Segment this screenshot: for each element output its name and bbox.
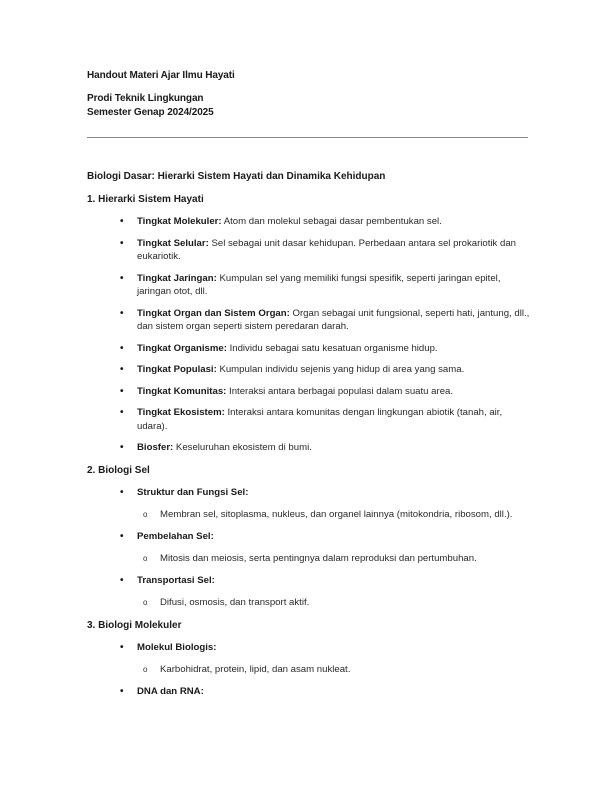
list-item: •Tingkat Organ dan Sistem Organ: Organ s… — [87, 307, 532, 334]
item-label: Molekul Biologis: — [137, 642, 216, 653]
item-text: Individu sebagai satu kesatuan organisme… — [227, 343, 438, 354]
handout-title: Handout Materi Ajar Ilmu Hayati — [87, 69, 532, 83]
sub-bullet-list: oMembran sel, sitoplasma, nukleus, dan o… — [137, 508, 532, 522]
list-item: •Tingkat Jaringan: Kumpulan sel yang mem… — [87, 272, 532, 299]
section-title: 3. Biologi Molekuler — [87, 619, 532, 633]
bullet-icon: • — [120, 574, 124, 588]
sub-bullet-list: oKarbohidrat, protein, lipid, dan asam n… — [137, 663, 532, 677]
item-label: Tingkat Populasi: — [137, 364, 217, 375]
bullet-icon: • — [120, 307, 124, 321]
list-item: •Tingkat Ekosistem: Interaksi antara kom… — [87, 406, 532, 433]
list-item: •Tingkat Komunitas: Interaksi antara ber… — [87, 385, 532, 399]
list-item: •Tingkat Organisme: Individu sebagai sat… — [87, 342, 532, 356]
bullet-icon: • — [120, 272, 124, 286]
bullet-list: •Struktur dan Fungsi Sel:oMembran sel, s… — [87, 486, 532, 610]
sub-item-text: Difusi, osmosis, dan transport aktif. — [160, 597, 309, 608]
item-text: Interaksi antara berbagai populasi dalam… — [226, 386, 453, 397]
semester-label: Semester Genap 2024/2025 — [87, 106, 532, 120]
sub-list-item: oMitosis dan meiosis, serta pentingnya d… — [137, 552, 532, 566]
bullet-icon: • — [120, 237, 124, 251]
item-text: Keseluruhan ekosistem di bumi. — [173, 442, 312, 453]
list-item: •Struktur dan Fungsi Sel:oMembran sel, s… — [87, 486, 532, 522]
sub-list-item: oDifusi, osmosis, dan transport aktif. — [137, 596, 532, 610]
item-label: Biosfer: — [137, 442, 173, 453]
list-item: •Tingkat Molekuler: Atom dan molekul seb… — [87, 215, 532, 229]
bullet-icon: • — [120, 530, 124, 544]
item-label: Tingkat Ekosistem: — [137, 407, 225, 418]
list-item: •Tingkat Selular: Sel sebagai unit dasar… — [87, 237, 532, 264]
list-item: •Pembelahan Sel:oMitosis dan meiosis, se… — [87, 530, 532, 566]
bullet-icon: • — [120, 441, 124, 455]
bullet-icon: • — [120, 486, 124, 500]
list-item: •Tingkat Populasi: Kumpulan individu sej… — [87, 363, 532, 377]
item-label: Tingkat Organ dan Sistem Organ: — [137, 308, 290, 319]
sub-item-text: Karbohidrat, protein, lipid, dan asam nu… — [160, 664, 350, 675]
bullet-icon: • — [120, 406, 124, 420]
bullet-list: •Tingkat Molekuler: Atom dan molekul seb… — [87, 215, 532, 455]
list-item: •Transportasi Sel:oDifusi, osmosis, dan … — [87, 574, 532, 610]
list-item: •Biosfer: Keseluruhan ekosistem di bumi. — [87, 441, 532, 455]
hollow-bullet-icon: o — [143, 508, 147, 522]
hollow-bullet-icon: o — [143, 663, 147, 677]
sub-list-item: oKarbohidrat, protein, lipid, dan asam n… — [137, 663, 532, 677]
bullet-icon: • — [120, 342, 124, 356]
document-sections: 1. Hierarki Sistem Hayati•Tingkat Moleku… — [87, 193, 532, 698]
item-label: Tingkat Organisme: — [137, 343, 227, 354]
program-name: Prodi Teknik Lingkungan — [87, 92, 532, 106]
section-title: 1. Hierarki Sistem Hayati — [87, 193, 532, 207]
bullet-icon: • — [120, 363, 124, 377]
item-label: Tingkat Selular: — [137, 238, 209, 249]
item-text: Kumpulan individu sejenis yang hidup di … — [217, 364, 464, 375]
sub-list-item: oMembran sel, sitoplasma, nukleus, dan o… — [137, 508, 532, 522]
sub-item-text: Membran sel, sitoplasma, nukleus, dan or… — [160, 509, 512, 520]
hollow-bullet-icon: o — [143, 596, 147, 610]
sub-item-text: Mitosis dan meiosis, serta pentingnya da… — [160, 553, 477, 564]
list-item: •DNA dan RNA: — [87, 685, 532, 699]
document-title: Biologi Dasar: Hierarki Sistem Hayati da… — [87, 170, 532, 184]
bullet-icon: • — [120, 215, 124, 229]
horizontal-divider — [87, 137, 528, 138]
sub-bullet-list: oDifusi, osmosis, dan transport aktif. — [137, 596, 532, 610]
item-label: Transportasi Sel: — [137, 575, 215, 586]
section-title: 2. Biologi Sel — [87, 464, 532, 478]
hollow-bullet-icon: o — [143, 552, 147, 566]
bullet-list: •Molekul Biologis:oKarbohidrat, protein,… — [87, 641, 532, 699]
item-text: Atom dan molekul sebagai dasar pembentuk… — [222, 216, 442, 227]
item-label: DNA dan RNA: — [137, 686, 204, 697]
item-label: Tingkat Jaringan: — [137, 273, 217, 284]
document-page: Handout Materi Ajar Ilmu Hayati Prodi Te… — [87, 69, 532, 698]
bullet-icon: • — [120, 685, 124, 699]
item-label: Struktur dan Fungsi Sel: — [137, 487, 248, 498]
sub-bullet-list: oMitosis dan meiosis, serta pentingnya d… — [137, 552, 532, 566]
item-label: Pembelahan Sel: — [137, 531, 214, 542]
bullet-icon: • — [120, 385, 124, 399]
list-item: •Molekul Biologis:oKarbohidrat, protein,… — [87, 641, 532, 677]
item-label: Tingkat Komunitas: — [137, 386, 226, 397]
item-label: Tingkat Molekuler: — [137, 216, 222, 227]
bullet-icon: • — [120, 641, 124, 655]
